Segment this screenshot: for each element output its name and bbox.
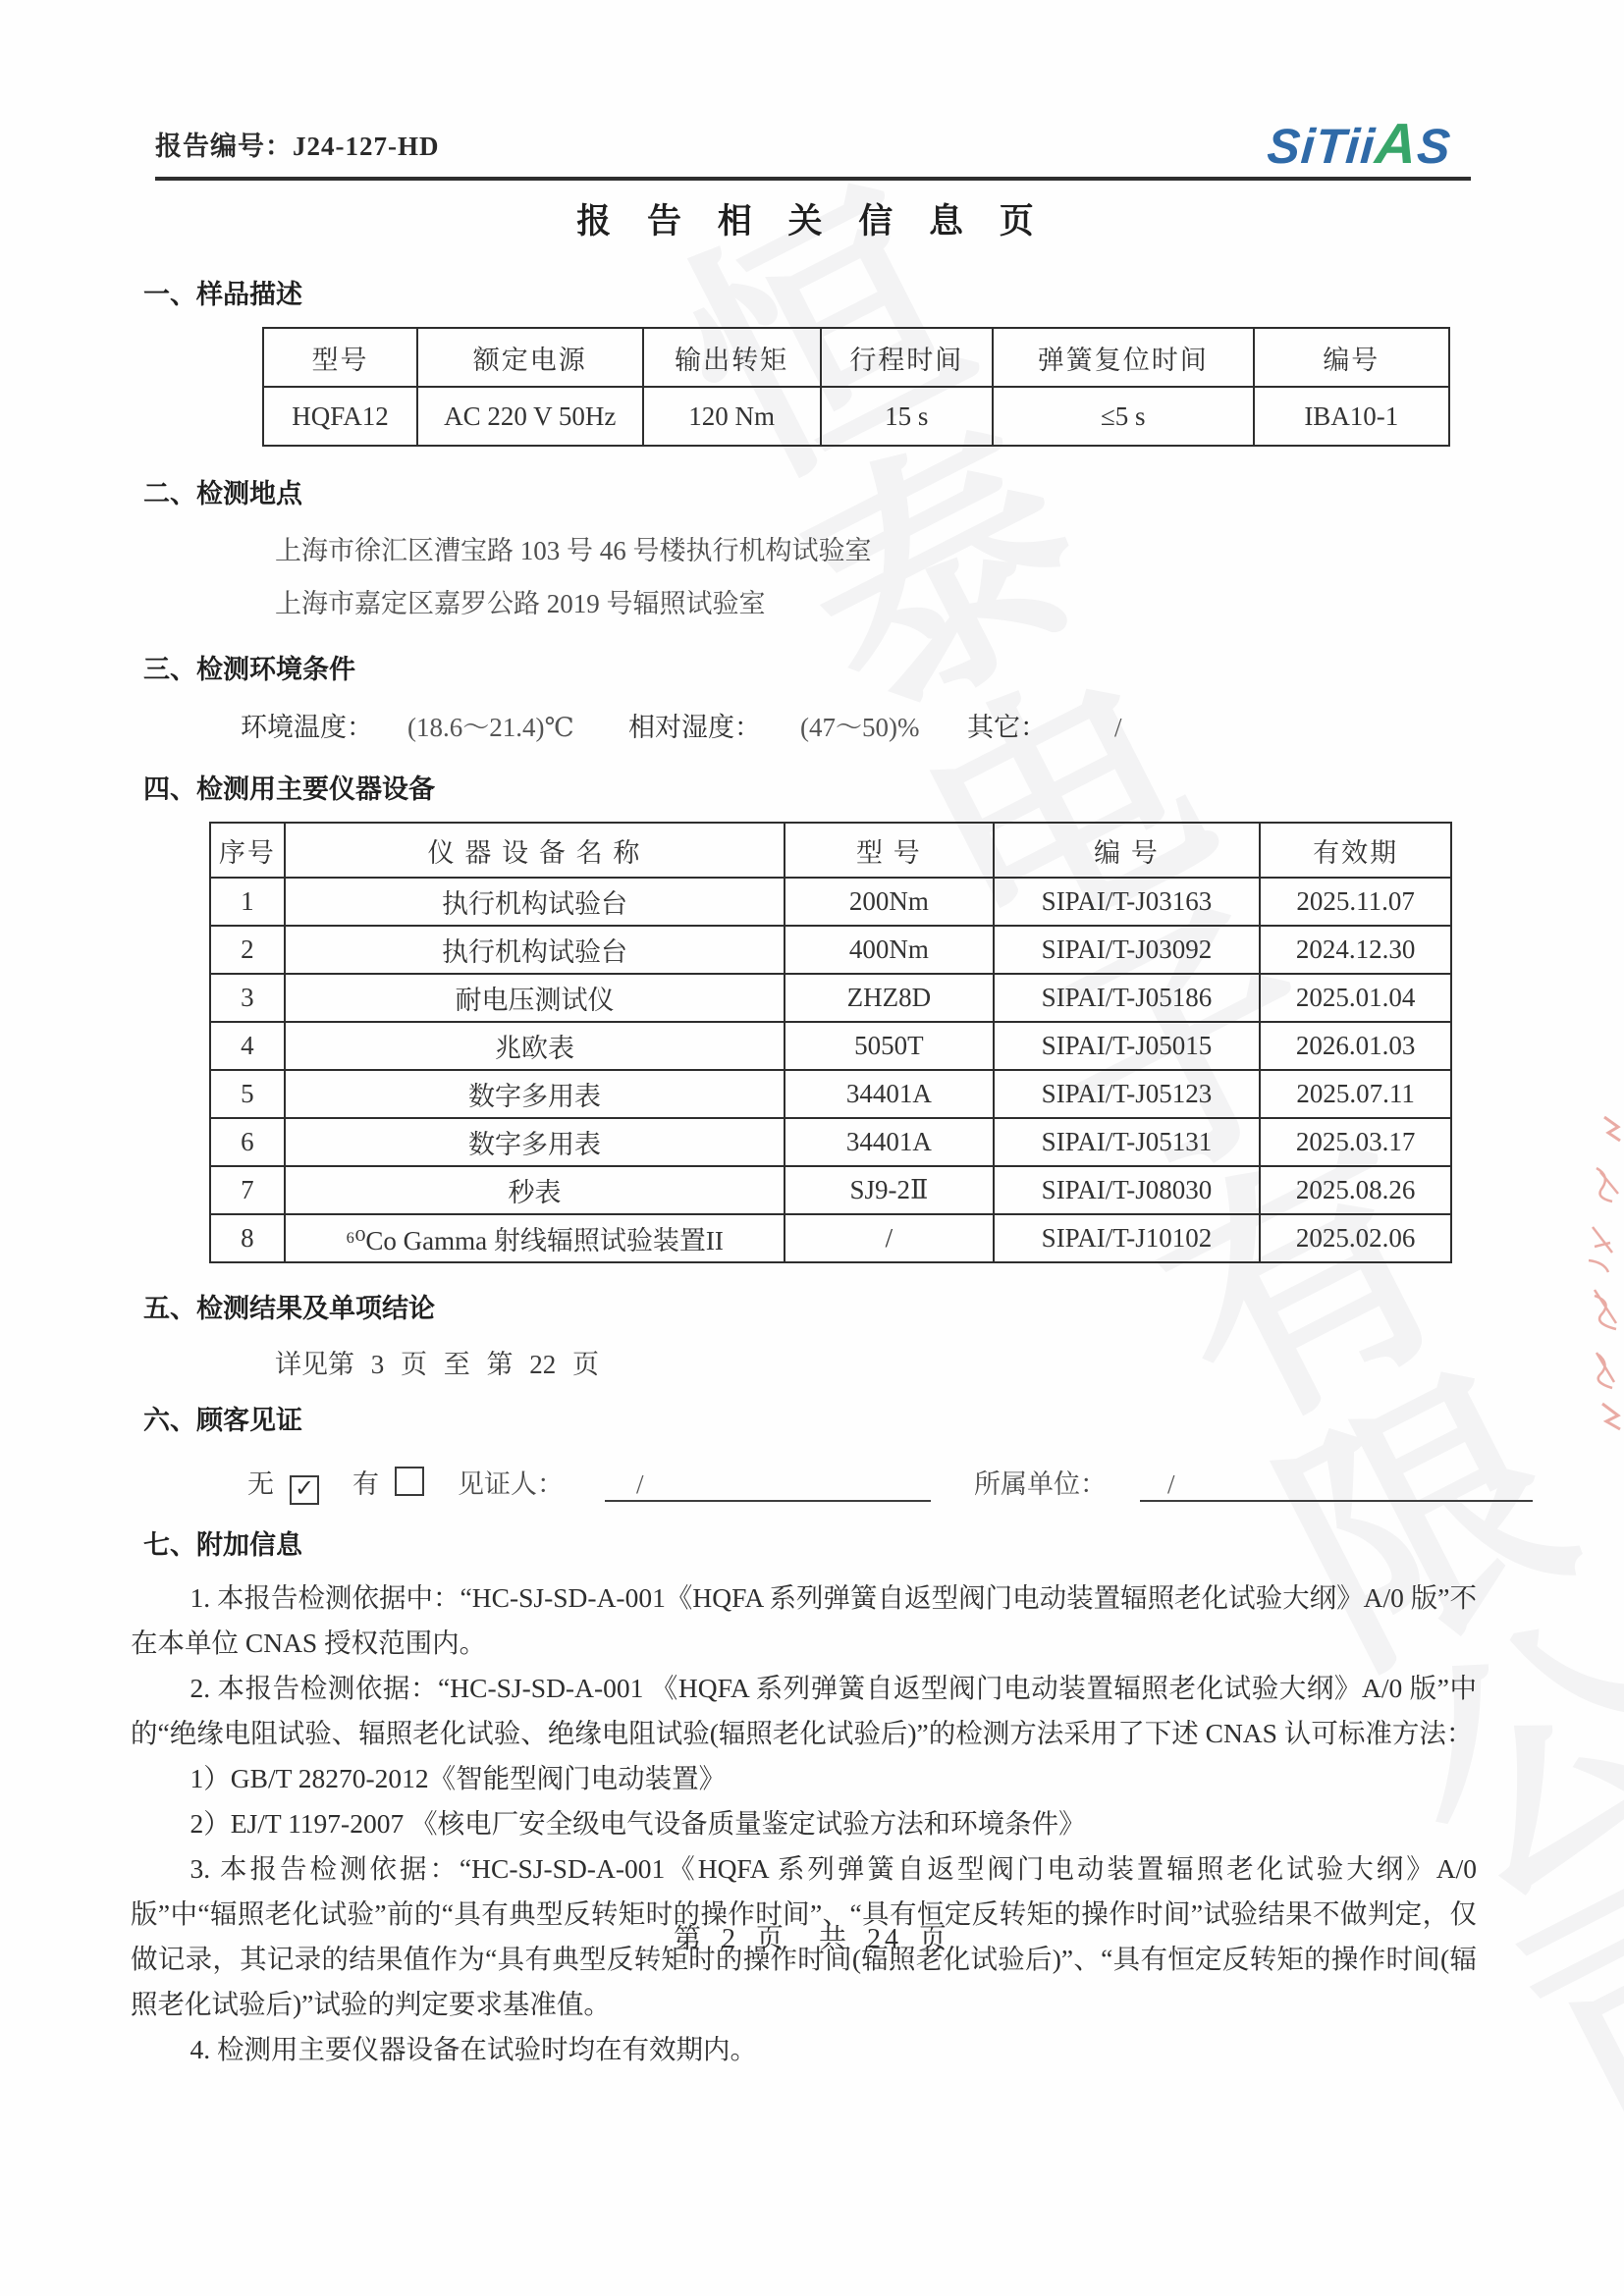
table-cell: SIPAI/T-J03092 <box>994 926 1261 974</box>
sitiias-logo: SiTiiAS <box>1266 116 1473 173</box>
section-3-heading: 三、检测环境条件 <box>143 648 1624 686</box>
table-cell: ≤5 s <box>993 387 1254 446</box>
section-7-heading: 七、附加信息 <box>143 1523 1624 1562</box>
table-cell: 2025.02.06 <box>1260 1214 1451 1262</box>
test-location-line-1: 上海市徐汇区漕宝路 103 号 46 号楼执行机构试验室 <box>275 524 1624 577</box>
table-cell: SIPAI/T-J03163 <box>994 878 1261 926</box>
table-cell: 6 <box>210 1118 285 1166</box>
witness-org-value: / <box>1140 1469 1533 1502</box>
table-cell: 耐电压测试仪 <box>285 974 785 1022</box>
report-number-label: 报告编号： <box>155 132 293 161</box>
witness-has-checkbox <box>395 1467 424 1496</box>
column-header: 型 号 <box>785 823 993 878</box>
table-row: 5数字多用表34401ASIPAI/T-J051232025.07.11 <box>210 1070 1451 1118</box>
temperature-label: 环境温度： <box>241 706 407 744</box>
table-cell: 执行机构试验台 <box>285 878 785 926</box>
column-header: 有效期 <box>1260 823 1451 878</box>
logo-text-blue-right: S <box>1416 119 1453 174</box>
table-cell: SIPAI/T-J05186 <box>994 974 1261 1022</box>
table-cell: 秒表 <box>285 1166 785 1214</box>
column-header: 序号 <box>210 823 285 878</box>
humidity-label: 相对湿度： <box>628 706 800 744</box>
additional-info-paragraph: 1）GB/T 28270-2012《智能型阀门电动装置》 <box>131 1756 1477 1801</box>
table-cell: IBA10-1 <box>1254 387 1449 446</box>
table-cell: SIPAI/T-J05131 <box>994 1118 1261 1166</box>
section-2-heading: 二、检测地点 <box>143 472 1624 510</box>
column-header: 编 号 <box>994 823 1261 878</box>
table-cell: 2026.01.03 <box>1260 1022 1451 1070</box>
humidity-value: (47～50)% <box>800 706 967 744</box>
table-cell: 兆欧表 <box>285 1022 785 1070</box>
table-row: 4兆欧表5050TSIPAI/T-J050152026.01.03 <box>210 1022 1451 1070</box>
table-cell: 2025.03.17 <box>1260 1118 1451 1166</box>
table-cell: 2 <box>210 926 285 974</box>
page-title: 报 告 相 关 信 息 页 <box>0 194 1624 243</box>
column-header: 输出转矩 <box>643 328 821 387</box>
table-cell: SIPAI/T-J10102 <box>994 1214 1261 1262</box>
other-label: 其它： <box>967 706 1075 744</box>
table-cell: 7 <box>210 1166 285 1214</box>
table-cell: 数字多用表 <box>285 1070 785 1118</box>
section-1-heading: 一、样品描述 <box>143 273 1624 311</box>
table-cell: 120 Nm <box>643 387 821 446</box>
customer-witness-row: 无 ✓ 有 见证人： / 所属单位： / <box>247 1463 1624 1502</box>
table-cell: ZHZ8D <box>785 974 993 1022</box>
table-cell: 34401A <box>785 1070 993 1118</box>
table-row: 2执行机构试验台400NmSIPAI/T-J030922024.12.30 <box>210 926 1451 974</box>
logo-text-green-a: A <box>1374 112 1420 176</box>
table-cell: 2025.11.07 <box>1260 878 1451 926</box>
additional-info-paragraph: 1. 本报告检测依据中：“HC-SJ-SD-A-001《HQFA 系列弹簧自返型… <box>131 1575 1477 1666</box>
section-5-heading: 五、检测结果及单项结论 <box>143 1287 1624 1325</box>
column-header: 弹簧复位时间 <box>993 328 1254 387</box>
witness-org-label: 所属单位： <box>974 1463 1107 1501</box>
report-number: 报告编号：J24-127-HD <box>155 125 439 173</box>
column-header: 仪 器 设 备 名 称 <box>285 823 785 878</box>
column-header: 型号 <box>263 328 417 387</box>
table-cell: 2025.01.04 <box>1260 974 1451 1022</box>
section-6-heading: 六、顾客见证 <box>143 1399 1624 1437</box>
report-number-value: J24-127-HD <box>293 132 439 161</box>
column-header: 额定电源 <box>417 328 643 387</box>
environment-conditions: 环境温度： (18.6～21.4)℃ 相对湿度： (47～50)% 其它： / <box>241 706 1624 744</box>
additional-info-paragraph: 4. 检测用主要仪器设备在试验时均在有效期内。 <box>131 2027 1477 2072</box>
table-cell: SJ9-2Ⅱ <box>785 1166 993 1214</box>
table-row: 1执行机构试验台200NmSIPAI/T-J031632025.11.07 <box>210 878 1451 926</box>
page-header: 报告编号：J24-127-HD SiTiiAS <box>155 116 1471 181</box>
instrument-table: 序号仪 器 设 备 名 称型 号编 号有效期 1执行机构试验台200NmSIPA… <box>209 822 1452 1263</box>
additional-info-paragraph: 2. 本报告检测依据：“HC-SJ-SD-A-001 《HQFA 系列弹簧自返型… <box>131 1666 1477 1756</box>
table-row: 6数字多用表34401ASIPAI/T-J051312025.03.17 <box>210 1118 1451 1166</box>
table-cell: AC 220 V 50Hz <box>417 387 643 446</box>
table-row: 3耐电压测试仪ZHZ8DSIPAI/T-J051862025.01.04 <box>210 974 1451 1022</box>
temperature-value: (18.6～21.4)℃ <box>407 706 628 744</box>
table-row: HQFA12AC 220 V 50Hz120 Nm15 s≤5 sIBA10-1 <box>263 387 1449 446</box>
table-cell: 3 <box>210 974 285 1022</box>
other-value: / <box>1075 713 1122 743</box>
table-cell: SIPAI/T-J08030 <box>994 1166 1261 1214</box>
table-cell: 1 <box>210 878 285 926</box>
instrument-table-header-row: 序号仪 器 设 备 名 称型 号编 号有效期 <box>210 823 1451 878</box>
sample-table-header-row: 型号额定电源输出转矩行程时间弹簧复位时间编号 <box>263 328 1449 387</box>
table-cell: 34401A <box>785 1118 993 1166</box>
report-page: 恒泰电子有限公司 报告编号：J24-127-HD SiTiiAS 报 告 相 关… <box>0 0 1624 2296</box>
table-cell: 5 <box>210 1070 285 1118</box>
results-reference: 详见第 3 页 至 第 22 页 <box>275 1343 1624 1381</box>
table-cell: / <box>785 1214 993 1262</box>
additional-info-paragraph: 2）EJ/T 1197-2007 《核电厂安全级电气设备质量鉴定试验方法和环境条… <box>131 1801 1477 1846</box>
table-cell: HQFA12 <box>263 387 417 446</box>
test-locations: 上海市徐汇区漕宝路 103 号 46 号楼执行机构试验室 上海市嘉定区嘉罗公路 … <box>275 524 1624 630</box>
witness-person-value: / <box>605 1469 931 1502</box>
witness-none-label: 无 <box>247 1463 274 1501</box>
table-cell: 2025.07.11 <box>1260 1070 1451 1118</box>
table-cell: ⁶⁰Co Gamma 射线辐照试验装置II <box>285 1214 785 1262</box>
table-cell: SIPAI/T-J05123 <box>994 1070 1261 1118</box>
table-cell: 400Nm <box>785 926 993 974</box>
table-row: 7秒表SJ9-2ⅡSIPAI/T-J080302025.08.26 <box>210 1166 1451 1214</box>
witness-none-checkbox: ✓ <box>290 1475 319 1505</box>
test-location-line-2: 上海市嘉定区嘉罗公路 2019 号辐照试验室 <box>275 577 1624 630</box>
column-header: 编号 <box>1254 328 1449 387</box>
table-cell: 执行机构试验台 <box>285 926 785 974</box>
table-row: 8⁶⁰Co Gamma 射线辐照试验装置II/SIPAI/T-J10102202… <box>210 1214 1451 1262</box>
table-cell: 2024.12.30 <box>1260 926 1451 974</box>
table-cell: 8 <box>210 1214 285 1262</box>
column-header: 行程时间 <box>821 328 993 387</box>
section-4-heading: 四、检测用主要仪器设备 <box>143 768 1624 806</box>
table-cell: SIPAI/T-J05015 <box>994 1022 1261 1070</box>
table-cell: 4 <box>210 1022 285 1070</box>
logo-text-blue-left: SiTii <box>1266 119 1378 174</box>
additional-info: 1. 本报告检测依据中：“HC-SJ-SD-A-001《HQFA 系列弹簧自返型… <box>131 1575 1477 2072</box>
table-cell: 2025.08.26 <box>1260 1166 1451 1214</box>
sample-description-table: 型号额定电源输出转矩行程时间弹簧复位时间编号 HQFA12AC 220 V 50… <box>262 327 1450 447</box>
table-cell: 15 s <box>821 387 993 446</box>
table-cell: 200Nm <box>785 878 993 926</box>
page-footer: 第 2 页 共 24 页 <box>0 1917 1624 1956</box>
witness-person-label: 见证人： <box>458 1463 564 1501</box>
witness-has-label: 有 <box>352 1463 379 1501</box>
table-cell: 数字多用表 <box>285 1118 785 1166</box>
table-cell: 5050T <box>785 1022 993 1070</box>
red-annotation-marks <box>1575 1109 1624 1433</box>
